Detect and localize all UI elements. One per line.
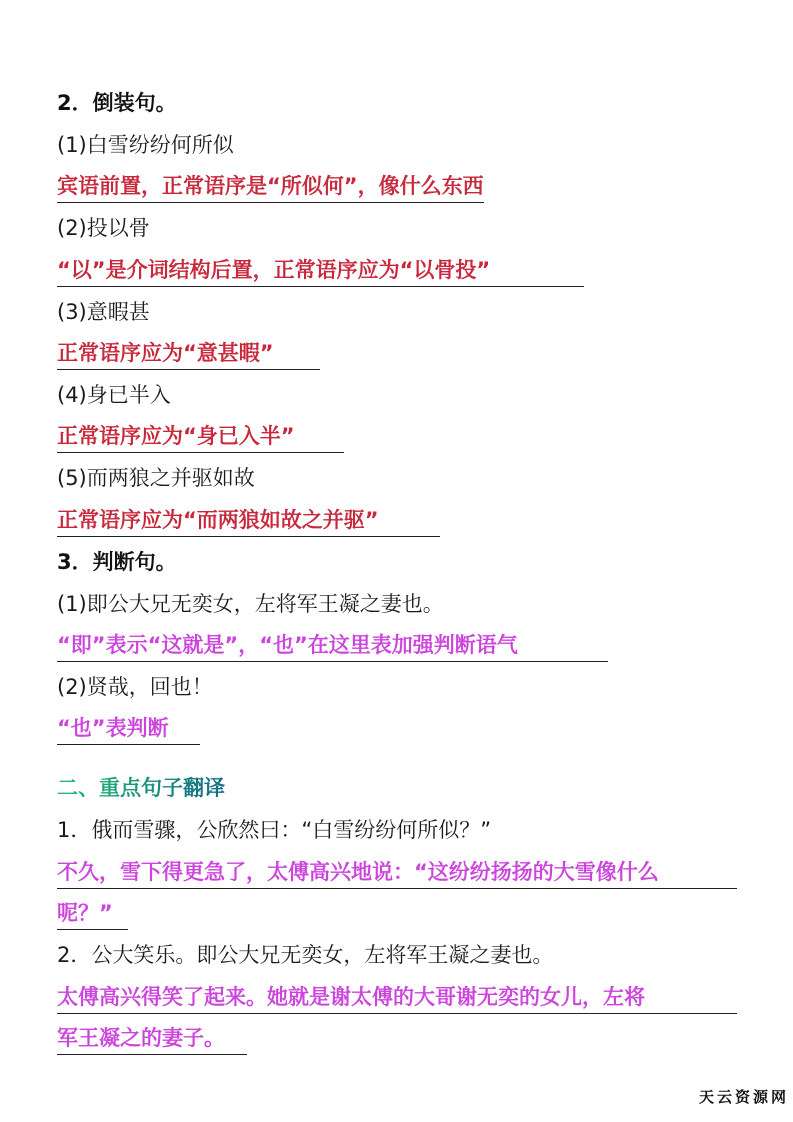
answer-text: 太傅高兴得笑了起来。她就是谢太傅的大哥谢无奕的女儿，左将 [57, 982, 737, 1014]
answer-text: 正常语序应为“意甚暇” [57, 338, 320, 370]
answer-text: “即”表示“这就是”，“也”在这里表加强判断语气 [57, 630, 608, 662]
answer-text: “以”是介词结构后置，正常语序应为“以骨投” [57, 255, 584, 287]
example-sentence: (1)即公大兄无奕女，左将军王凝之妻也。 [57, 589, 444, 619]
example-sentence: 1．俄而雪骤，公欣然曰：“白雪纷纷何所似？” [57, 815, 491, 845]
answer-text: “也”表判断 [57, 713, 200, 745]
example-sentence: (4)身已半入 [57, 380, 171, 410]
answer-text: 正常语序应为“身已入半” [57, 421, 344, 453]
example-sentence: (5)而两狼之并驱如故 [57, 463, 255, 493]
document-page: 2．倒装句。 (1)白雪纷纷何所似 宾语前置，正常语序是“所似何”，像什么东西 … [0, 0, 793, 1122]
example-sentence: (2)贤哉，回也！ [57, 672, 213, 702]
section-title-judgment: 3．判断句。 [57, 547, 177, 577]
example-sentence: (3)意暇甚 [57, 297, 150, 327]
watermark: 天云资源网 [699, 1086, 789, 1107]
answer-text: 正常语序应为“而两狼如故之并驱” [57, 505, 440, 537]
section-title-translation: 二、重点句子翻译 [57, 773, 225, 803]
answer-text-continued: 军王凝之的妻子。 [57, 1023, 247, 1055]
example-sentence: (1)白雪纷纷何所似 [57, 130, 234, 160]
answer-text: 不久，雪下得更急了，太傅高兴地说：“这纷纷扬扬的大雪像什么 [57, 857, 737, 889]
example-sentence: (2)投以骨 [57, 213, 150, 243]
answer-text: 宾语前置，正常语序是“所似何”，像什么东西 [57, 171, 484, 203]
example-sentence: 2．公大笑乐。即公大兄无奕女，左将军王凝之妻也。 [57, 940, 553, 970]
section-title-inversion: 2．倒装句。 [57, 88, 177, 118]
answer-text-continued: 呢？” [57, 898, 128, 930]
